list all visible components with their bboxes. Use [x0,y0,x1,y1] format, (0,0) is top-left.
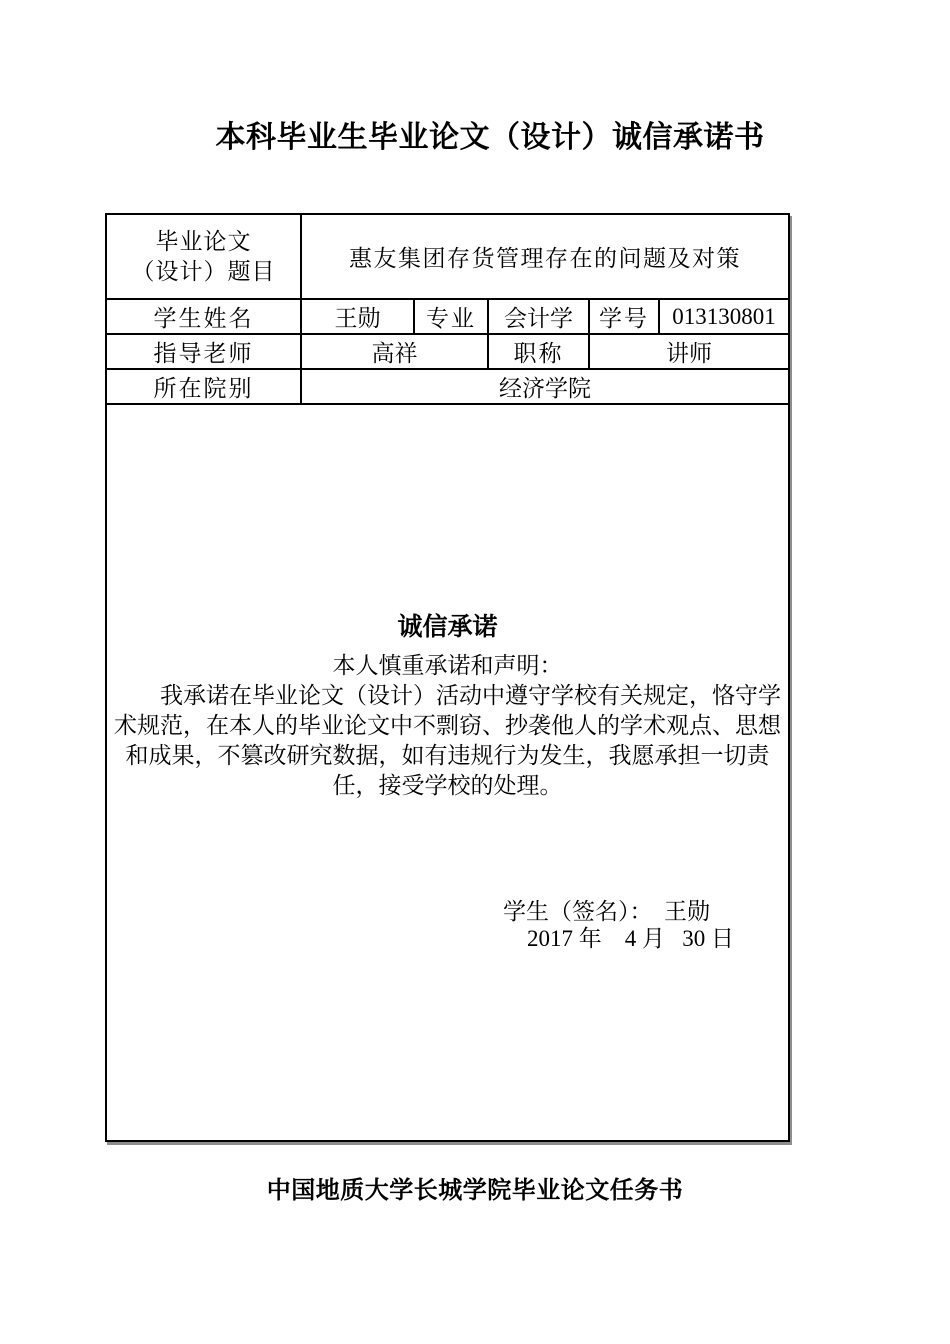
pledge-cell: 诚信承诺 本人慎重承诺和声明： 我承诺在毕业论文（设计）活动中遵守学校有关规定，… [106,404,789,1141]
major-value: 会计学 [488,299,589,334]
document-title: 本科毕业生毕业论文（设计）诚信承诺书 [0,112,950,156]
major-label: 专业 [414,299,488,334]
info-table: 毕业论文 （设计）题目 惠友集团存货管理存在的问题及对策 学生姓名 王勋 专业 … [105,213,790,1142]
document-footer: 中国地质大学长城学院毕业论文任务书 [0,1170,950,1205]
pledge-intro: 本人慎重承诺和声明： [111,651,784,681]
signature-date-line: 2017 年 4 月 30 日 [473,925,788,952]
department-value: 经济学院 [301,369,789,404]
thesis-title-value: 惠友集团存货管理存在的问题及对策 [301,214,789,299]
advisor-label: 指导老师 [106,334,301,369]
table-row-thesis-title: 毕业论文 （设计）题目 惠友集团存货管理存在的问题及对策 [106,214,789,299]
table-row-student: 学生姓名 王勋 专业 会计学 学号 013130801 [106,299,789,334]
student-id-label: 学号 [589,299,659,334]
pledge-body-line-4: 任，接受学校的处理。 [111,771,784,801]
pledge-body-line-1: 我承诺在毕业论文（设计）活动中遵守学校有关规定，恪守学 [111,681,784,711]
table-row-department: 所在院别 经济学院 [106,369,789,404]
student-id-value: 013130801 [659,299,789,334]
thesis-title-label-line2: （设计）题目 [107,257,300,287]
department-label: 所在院别 [106,369,301,404]
advisor-value: 高祥 [301,334,488,369]
advisor-title-label: 职称 [488,334,589,369]
table-row-advisor: 指导老师 高祥 职称 讲师 [106,334,789,369]
student-name-label: 学生姓名 [106,299,301,334]
thesis-title-label: 毕业论文 （设计）题目 [106,214,301,299]
advisor-title-value: 讲师 [589,334,789,369]
student-signature-line: 学生（签名）： 王勋 [425,898,788,925]
pledge-heading: 诚信承诺 [107,611,788,645]
table-row-pledge: 诚信承诺 本人慎重承诺和声明： 我承诺在毕业论文（设计）活动中遵守学校有关规定，… [106,404,789,1141]
pledge-body-line-3: 和成果，不篡改研究数据，如有违规行为发生，我愿承担一切责 [111,741,784,771]
pledge-body-line-2: 术规范，在本人的毕业论文中不剽窃、抄袭他人的学术观点、思想 [111,711,784,741]
document-page: 本科毕业生毕业论文（设计）诚信承诺书 毕业论文 （设计）题目 惠友集团存货管理存… [0,0,950,1344]
thesis-title-label-line1: 毕业论文 [107,227,300,257]
student-name-value: 王勋 [301,299,414,334]
